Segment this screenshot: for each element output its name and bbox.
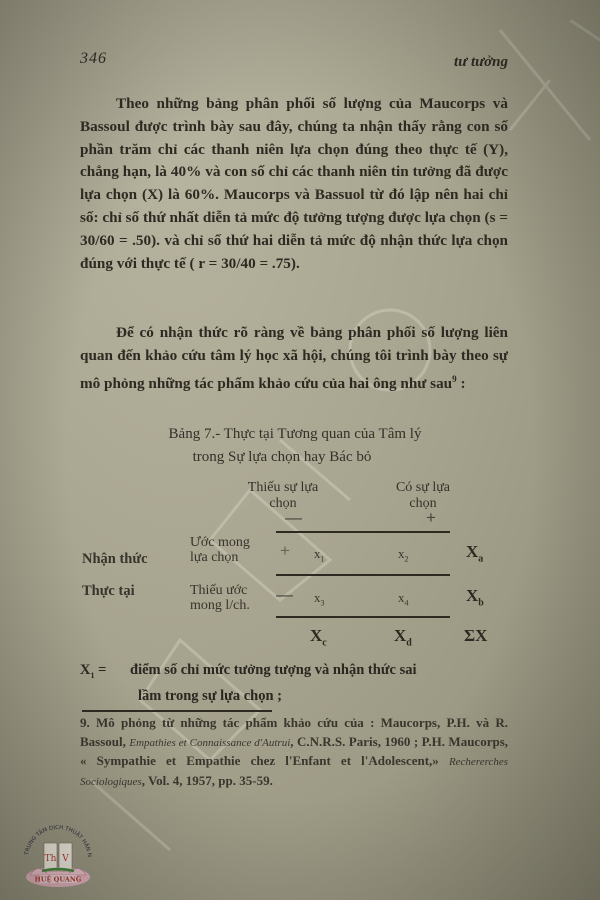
row-label-reality: Thực tại — [82, 583, 135, 600]
row-sign-plus: + — [280, 541, 290, 561]
col-head-no-choice: Thiếu sự lựa chọn — [238, 480, 328, 512]
paragraph-2: Để có nhận thức rõ ràng về bảng phân phố… — [80, 322, 508, 395]
paragraph-1: Theo những bảng phân phối số lượng của M… — [80, 93, 508, 275]
caption-line-2: trong Sự lựa chọn hay Bác bỏ — [80, 446, 520, 469]
table-caption: Bảng 7.- Thực tại Tương quan của Tâm lý … — [80, 423, 520, 469]
svg-text:V: V — [61, 854, 69, 864]
col-head-choice: Có sự lựa chọn — [378, 480, 468, 512]
paragraph-2-text: Để có nhận thức rõ ràng về bảng phân phố… — [80, 324, 508, 392]
running-head: tư tưởng — [454, 54, 508, 71]
caption-line-1: Bảng 7.- Thực tại Tương quan của Tâm lý — [80, 423, 520, 446]
table-rule-bottom — [276, 616, 450, 618]
hue-quang-logo-icon: TRUNG TÂM DỊCH THUẬT HÁN NÔM Th V HUỆ QU… — [18, 815, 98, 895]
row-total-xa: Xa — [466, 542, 483, 564]
cell-x1: x1 — [314, 546, 325, 564]
page-header: 346 tư tưởng — [80, 50, 508, 74]
col-total-xd: Xd — [394, 626, 412, 648]
cell-x2: x2 — [398, 546, 409, 564]
page-number: 346 — [80, 50, 107, 68]
cell-x4: x4 — [398, 590, 409, 608]
table-rule-middle — [276, 574, 450, 576]
svg-text:HUỆ QUANG: HUỆ QUANG — [35, 875, 82, 884]
row-sign-minus: — — [276, 585, 293, 605]
col-total-xc: Xc — [310, 626, 327, 648]
row-label-perception: Nhận thức — [82, 551, 148, 568]
footnote-title-1: Empathies et Connaissance d'Autrui — [129, 737, 290, 749]
cell-x3: x3 — [314, 590, 325, 608]
plus-sign: + — [426, 508, 436, 528]
scanned-page: 346 tư tưởng Theo những bảng phân phối s… — [0, 0, 600, 900]
row-sublabel-wish: Ước mong lựa chọn — [190, 535, 250, 565]
footnote-9: 9. Mô phỏng từ những tác phẩm khảo cứu c… — [80, 714, 508, 791]
definition: X1 =điểm số chỉ mức tưởng tượng và nhận … — [80, 660, 510, 707]
row-total-xb: Xb — [466, 586, 484, 608]
definition-text-2: lầm trong sự lựa chọn ; — [80, 686, 510, 707]
table-rule-top — [276, 531, 450, 533]
minus-sign: — — [285, 508, 302, 528]
grand-total: ΣX — [464, 626, 487, 646]
definition-text-1: điểm số chỉ mức tưởng tượng và nhận thức… — [130, 662, 417, 678]
row-sublabel-no-wish: Thiếu ước mong l/ch. — [190, 583, 250, 613]
svg-text:Th: Th — [45, 854, 57, 864]
footnote-separator — [82, 710, 272, 712]
